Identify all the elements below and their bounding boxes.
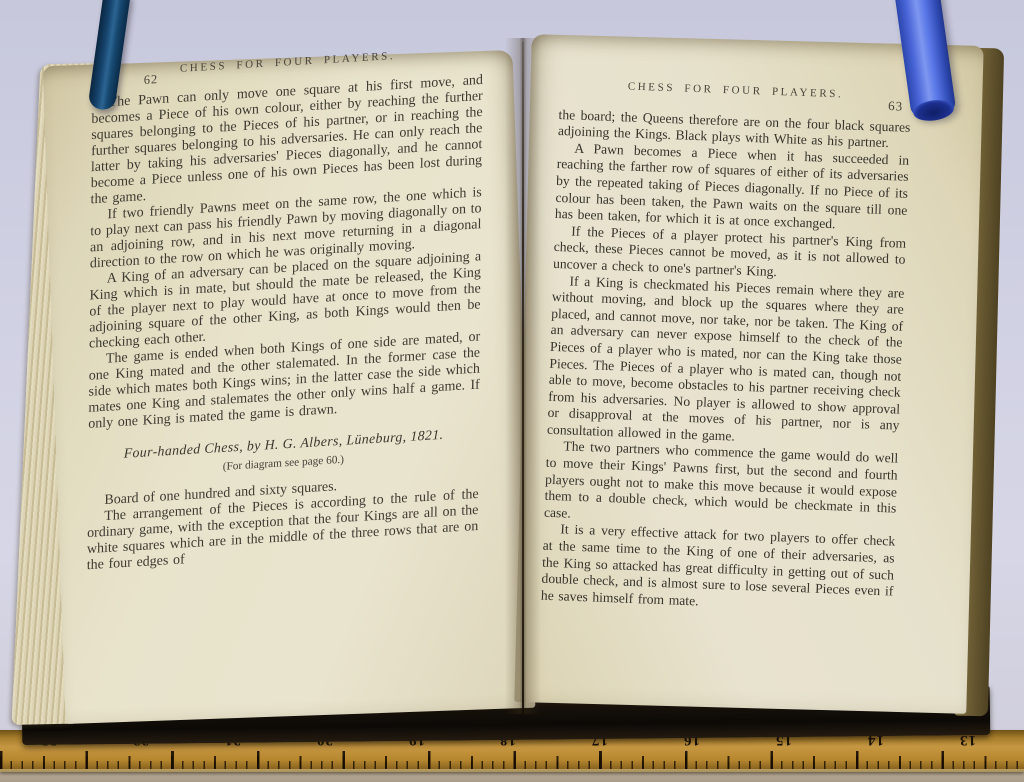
right-paragraph: A Pawn becomes a Piece when it has succe… (555, 140, 910, 236)
right-page-text: CHESS FOR FOUR PLAYERS. 63 the board; th… (541, 76, 912, 617)
left-page-text: 62 CHESS FOR FOUR PLAYERS. The Pawn can … (87, 43, 484, 574)
right-page-number: 63 (888, 98, 904, 115)
right-paragraph: It is a very effective attack for two pl… (541, 521, 896, 617)
ruler-edge-bevel (0, 769, 1024, 772)
photo-scene: 2322212019181716151413 62 CHESS FOR FOUR… (0, 0, 1024, 782)
book-gutter-crease (522, 42, 524, 714)
left-page-number: 62 (144, 71, 159, 88)
ruler-ticks-inch (0, 751, 1024, 769)
right-paragraph: If a King is checkmated his Pieces remai… (547, 272, 905, 451)
left-running-head: CHESS FOR FOUR PLAYERS. (180, 50, 395, 75)
right-paragraph: The two partners who commence the game w… (544, 438, 899, 534)
